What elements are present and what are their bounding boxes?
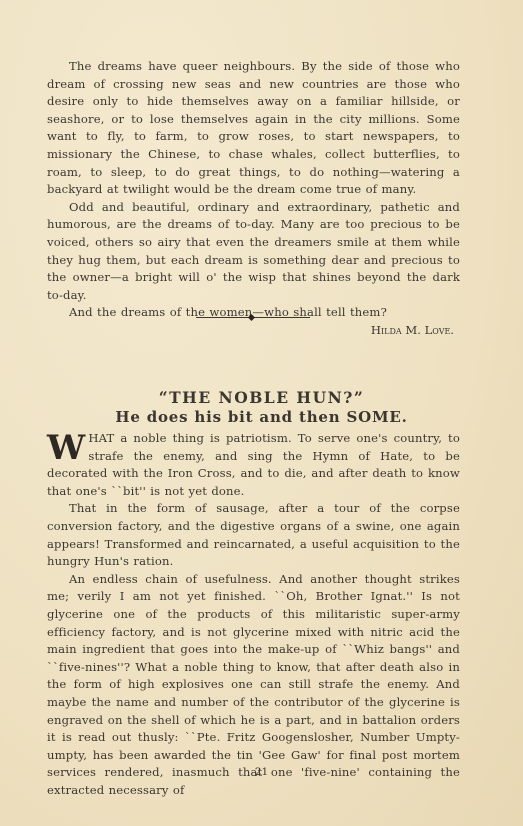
article-body: WHAT a noble thing is patriotism. To ser… (47, 430, 460, 799)
article-subtitle: He does his bit and then SOME. (0, 408, 523, 426)
previous-article: The dreams have queer neighbours. By the… (47, 58, 460, 340)
paragraph: And the dreams of the women—who shall te… (47, 304, 460, 322)
article-title: “THE NOBLE HUN?” (0, 388, 523, 407)
first-paragraph: WHAT a noble thing is patriotism. To ser… (47, 430, 460, 500)
paragraph: That in the form of sausage, after a tou… (47, 500, 460, 570)
drop-cap: W (47, 433, 85, 463)
author-signature: Hilda M. Love. (47, 322, 454, 340)
paragraph: The dreams have queer neighbours. By the… (47, 58, 460, 199)
paragraph: Odd and beautiful, ordinary and extraord… (47, 199, 460, 305)
first-paragraph-text: HAT a noble thing is patriotism. To serv… (47, 431, 460, 498)
page-number: 21 (0, 766, 523, 778)
